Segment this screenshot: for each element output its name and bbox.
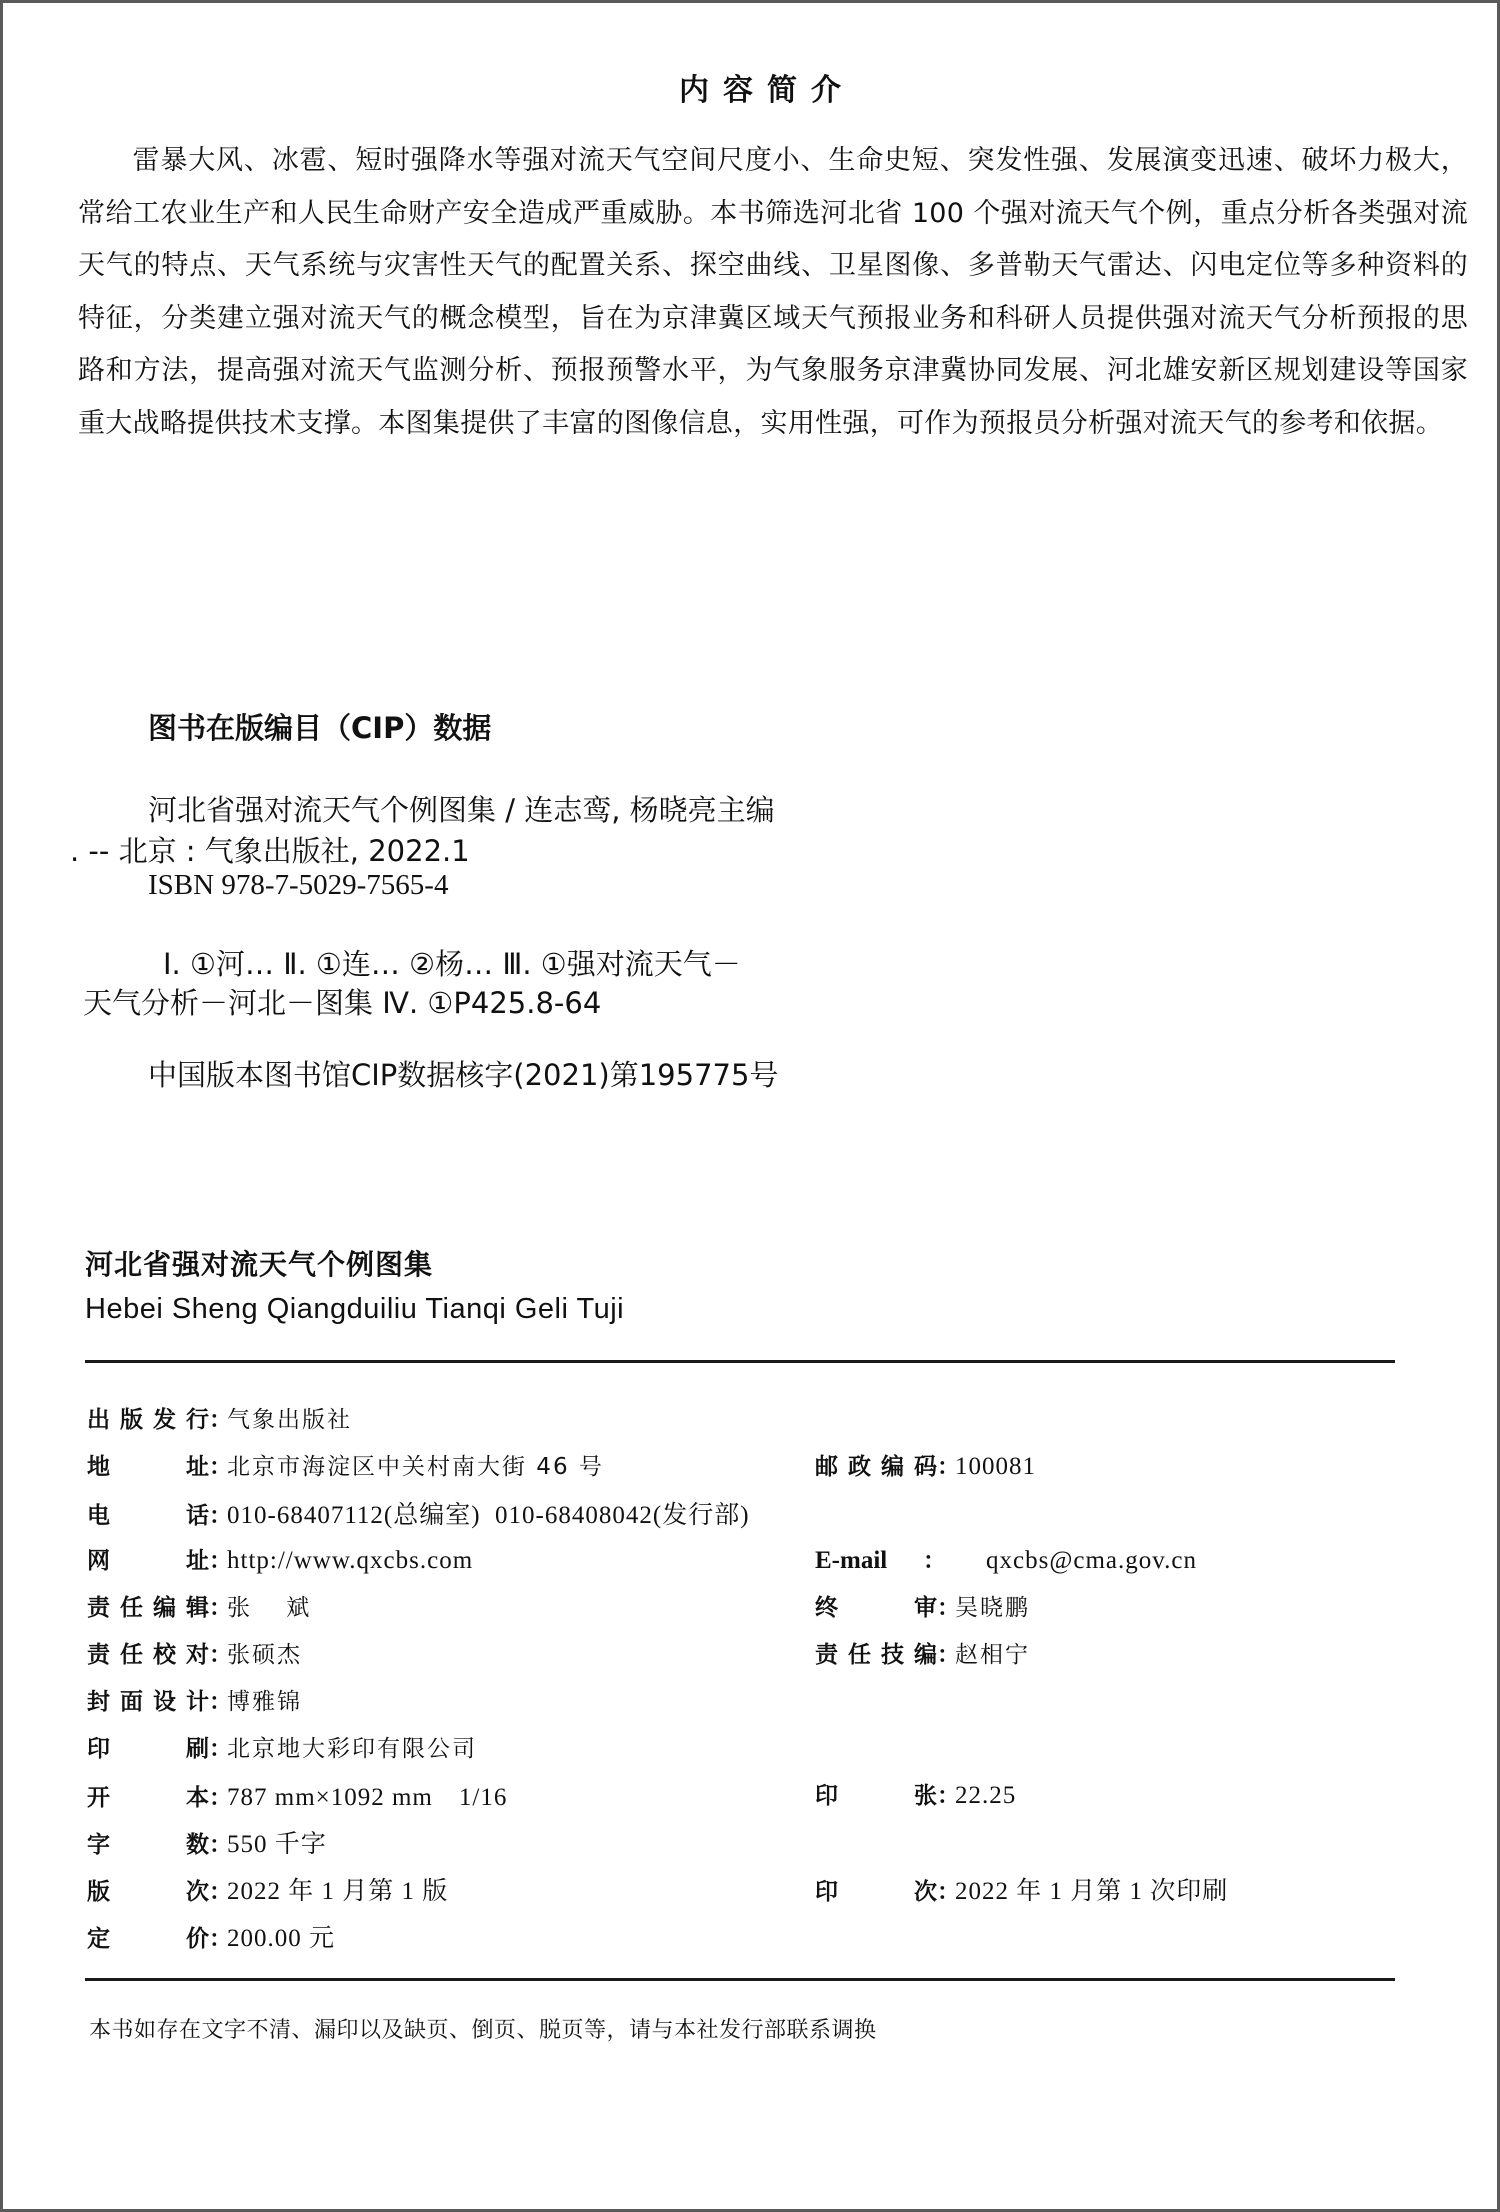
label: 责任技编 bbox=[815, 1636, 937, 1669]
copyright-page: 内容简介 雷暴大风、冰雹、短时强降水等强对流天气空间尺度小、生命史短、突发性强、… bbox=[0, 0, 1500, 2212]
editor-value: 张 斌 bbox=[227, 1589, 311, 1622]
summary-paragraph: 雷暴大风、冰雹、短时强降水等强对流天气空间尺度小、生命史短、突发性强、发展演变迅… bbox=[78, 135, 1468, 450]
proofreader-value: 张硕杰 bbox=[227, 1636, 302, 1669]
technical-editor-value: 赵相宁 bbox=[955, 1636, 1030, 1669]
label: 终审 bbox=[815, 1589, 937, 1622]
detail-proofreader: 责任校对 ： 张硕杰 bbox=[87, 1636, 302, 1676]
detail-cover-design: 封面设计 ： 博雅锦 bbox=[87, 1683, 302, 1723]
phone-value: 010-68407112(总编室) 010-68408042(发行部) bbox=[227, 1495, 750, 1531]
word-count-value: 550 千字 bbox=[227, 1824, 327, 1860]
detail-final-review: 终审 ： 吴晓鹏 bbox=[815, 1589, 1030, 1629]
detail-word-count: 字数 ： 550 千字 bbox=[87, 1824, 327, 1864]
detail-website: 网址 ： http://www.qxcbs.com bbox=[87, 1542, 473, 1582]
postcode-value: 100081 bbox=[955, 1453, 1036, 1481]
publisher-value: 气象出版社 bbox=[227, 1401, 352, 1434]
label: 定价 bbox=[87, 1920, 209, 1953]
detail-price: 定价 ： 200.00 元 bbox=[87, 1918, 335, 1958]
book-title-pinyin: Hebei Sheng Qiangduiliu Tianqi Geli Tuji bbox=[85, 1293, 624, 1326]
cip-publisher-line: . -- 北京 : 气象出版社, 2022.1 bbox=[70, 829, 470, 870]
summary-title: 内容简介 bbox=[3, 65, 1500, 109]
cip-classification-line-2: 天气分析－河北－图集 Ⅳ. ①P425.8-64 bbox=[83, 981, 601, 1022]
detail-technical-editor: 责任技编 ： 赵相宁 bbox=[815, 1636, 1030, 1676]
detail-email: E-mail ： qxcbs@cma.gov.cn bbox=[815, 1542, 1197, 1582]
label: 开本 bbox=[87, 1779, 209, 1812]
detail-sheets: 印张 ： 22.25 bbox=[815, 1777, 1016, 1817]
label: 封面设计 bbox=[87, 1683, 209, 1716]
label: 责任校对 bbox=[87, 1636, 209, 1669]
footer-note: 本书如存在文字不清、漏印以及缺页、倒页、脱页等，请与本社发行部联系调换 bbox=[89, 2013, 877, 2044]
label: 网址 bbox=[87, 1542, 209, 1575]
sheets-value: 22.25 bbox=[955, 1782, 1016, 1810]
divider-bottom bbox=[85, 1978, 1395, 1981]
label: 地址 bbox=[87, 1448, 209, 1481]
email-link[interactable]: qxcbs@cma.gov.cn bbox=[986, 1547, 1197, 1575]
label: 责任编辑 bbox=[87, 1589, 209, 1622]
label: 版次 bbox=[87, 1873, 209, 1906]
detail-phone: 电话 ： 010-68407112(总编室) 010-68408042(发行部) bbox=[87, 1495, 750, 1535]
detail-publisher: 出版发行 ： 气象出版社 bbox=[87, 1401, 352, 1441]
format-value: 787 mm×1092 mm 1/16 bbox=[227, 1777, 507, 1813]
detail-edition: 版次 ： 2022 年 1 月第 1 版 bbox=[87, 1871, 448, 1911]
edition-value: 2022 年 1 月第 1 版 bbox=[227, 1871, 448, 1907]
detail-format: 开本 ： 787 mm×1092 mm 1/16 bbox=[87, 1777, 507, 1817]
detail-editor: 责任编辑 ： 张 斌 bbox=[87, 1589, 311, 1629]
website-link[interactable]: http://www.qxcbs.com bbox=[227, 1547, 473, 1575]
detail-postcode: 邮政编码 ： 100081 bbox=[815, 1448, 1036, 1488]
cip-number: 中国版本图书馆CIP数据核字(2021)第195775号 bbox=[148, 1053, 778, 1094]
cip-isbn: ISBN 978-7-5029-7565-4 bbox=[148, 869, 448, 902]
cover-design-value: 博雅锦 bbox=[227, 1683, 302, 1716]
divider-top bbox=[85, 1360, 1395, 1363]
label: 电话 bbox=[87, 1497, 209, 1530]
printing-value: 2022 年 1 月第 1 次印刷 bbox=[955, 1871, 1228, 1907]
cip-title-line: 河北省强对流天气个例图集 / 连志鸾, 杨晓亮主编 bbox=[148, 788, 775, 829]
cip-classification-line-1: Ⅰ. ①河… Ⅱ. ①连… ②杨… Ⅲ. ①强对流天气－ bbox=[163, 942, 741, 983]
book-title: 河北省强对流天气个例图集 bbox=[85, 1243, 433, 1283]
cip-heading: 图书在版编目（CIP）数据 bbox=[148, 706, 491, 747]
label: 印次 bbox=[815, 1873, 937, 1906]
final-review-value: 吴晓鹏 bbox=[955, 1589, 1030, 1622]
label: 印刷 bbox=[87, 1730, 209, 1763]
label: 邮政编码 bbox=[815, 1448, 937, 1481]
label: 印张 bbox=[815, 1777, 937, 1810]
detail-printer: 印刷 ： 北京地大彩印有限公司 bbox=[87, 1730, 477, 1770]
label: 字数 bbox=[87, 1826, 209, 1859]
price-value: 200.00 元 bbox=[227, 1918, 335, 1954]
printer-value: 北京地大彩印有限公司 bbox=[227, 1730, 477, 1763]
address-value: 北京市海淀区中关村南大街 46 号 bbox=[227, 1448, 604, 1481]
detail-address: 地址 ： 北京市海淀区中关村南大街 46 号 bbox=[87, 1448, 604, 1488]
label: 出版发行 bbox=[87, 1401, 209, 1434]
detail-printing: 印次 ： 2022 年 1 月第 1 次印刷 bbox=[815, 1871, 1228, 1911]
summary-text: 雷暴大风、冰雹、短时强降水等强对流天气空间尺度小、生命史短、突发性强、发展演变迅… bbox=[78, 145, 1468, 439]
email-label: E-mail bbox=[815, 1547, 923, 1575]
